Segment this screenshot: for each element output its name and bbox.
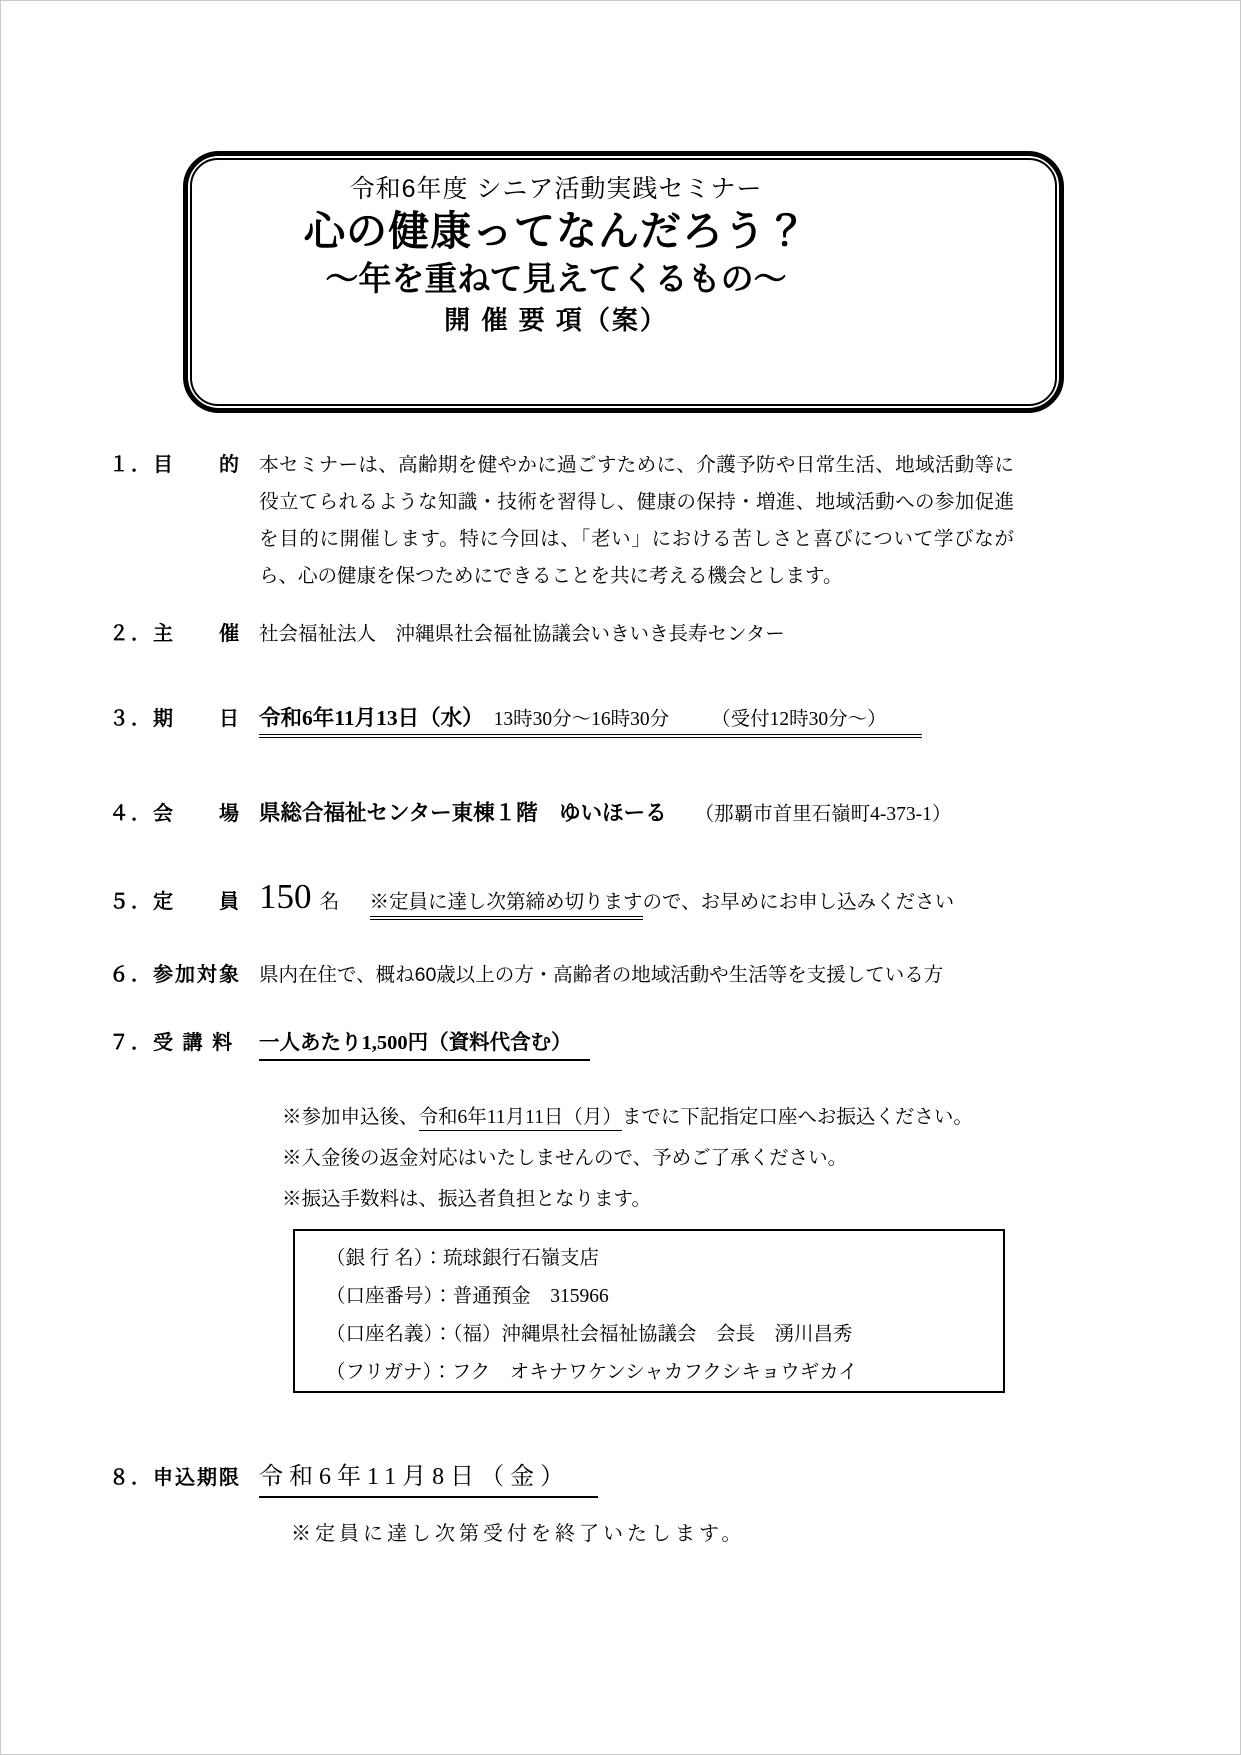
date-underlined-group: 令和6年11月13日（水）13時30分～16時30分（受付12時30分～） [259, 709, 922, 738]
capacity-warning-underlined: ※定員に達し次第締め切ります [370, 892, 643, 920]
capacity-warning-rest: ので、お早めにお申し込みください [643, 892, 955, 913]
seminar-title: 心の健康ってなんだろう？ [188, 206, 924, 256]
section-capacity: ５．定 員 150名※定員に達し次第締め切りますので、お早めにお申し込みください [109, 879, 954, 914]
seminar-subtitle: ～年を重ねて見えてくるもの～ [188, 256, 924, 302]
payment-note-fee-burden: ※振込手数料は、振込者負担となります。 [282, 1179, 973, 1220]
application-deadline: 令和6年11月8日（金） [259, 1464, 598, 1498]
organizer-label: ２．主 催 [109, 617, 259, 646]
purpose-label: １．目 的 [109, 448, 259, 477]
payment-note-no-refund: ※入金後の返金対応はいたしませんので、予めご了承ください。 [282, 1138, 973, 1179]
eligibility-body: 県内在住で、概ね60歳以上の方・高齢者の地域活動や生活等を支援している方 [259, 959, 943, 987]
header-box: 令和6年度 シニア活動実践セミナー 心の健康ってなんだろう？ ～年を重ねて見えて… [183, 151, 1064, 413]
section-organizer: ２．主 催 社会福祉法人 沖縄県社会福祉協議会いきいき長寿センター [109, 617, 785, 646]
header-fiscal-line: 令和6年度 シニア活動実践セミナー [188, 173, 924, 206]
header-box-content: 令和6年度 シニア活動実践セミナー 心の健康ってなんだろう？ ～年を重ねて見えて… [188, 156, 1059, 408]
section-date: ３．期 日 令和6年11月13日（水）13時30分～16時30分（受付12時30… [109, 701, 922, 732]
section-fee: ７．受 講 料 一人あたり1,500円（資料代含む） [109, 1025, 590, 1055]
section-eligibility: ６．参加対象 県内在住で、概ね60歳以上の方・高齢者の地域活動や生活等を支援して… [109, 958, 943, 987]
event-date: 令和6年11月13日（水） [259, 706, 484, 730]
deadline-label: ８．申込期限 [109, 1461, 259, 1490]
venue-address: （那覇市首里石嶺町4-373-1） [695, 804, 952, 825]
transfer-deadline-underlined: 令和6年11月11日（月） [419, 1107, 622, 1131]
organizer-body: 社会福祉法人 沖縄県社会福祉協議会いきいき長寿センター [259, 618, 785, 646]
furigana-line: （フリガナ）：フク オキナワケンシャカフクシキョウギカイ [326, 1354, 1003, 1392]
capacity-number: 150 [259, 877, 312, 916]
fee-amount: 一人あたり1,500円（資料代含む） [259, 1032, 590, 1061]
purpose-body: 本セミナーは、高齢期を健やかに過ごすために、介護予防や日常生活、地域活動等に役立… [259, 447, 1014, 595]
event-time: 13時30分～16時30分 [494, 709, 670, 730]
account-holder-line: （口座名義）：（福）沖縄県社会福祉協議会 会長 湧川昌秀 [326, 1316, 1003, 1354]
deadline-note: ※定員に達し次第受付を終了いたします。 [291, 1517, 745, 1546]
section-deadline: ８．申込期限 令和6年11月8日（金） [109, 1456, 598, 1491]
bank-name-line: （銀 行 名）：琉球銀行石嶺支店 [326, 1240, 1003, 1278]
payment-notes: ※参加申込後、令和6年11月11日（月）までに下記指定口座へお振込ください。 ※… [282, 1097, 973, 1220]
venue-label: ４．会 場 [109, 797, 259, 826]
document-page: 令和6年度 シニア活動実践セミナー 心の健康ってなんだろう？ ～年を重ねて見えて… [0, 0, 1241, 1755]
section-venue: ４．会 場 県総合福祉センター東棟１階 ゆいほーる（那覇市首里石嶺町4-373-… [109, 796, 951, 827]
venue-name: 県総合福祉センター東棟１階 ゆいほーる [259, 801, 667, 825]
payment-note-transfer: ※参加申込後、令和6年11月11日（月）までに下記指定口座へお振込ください。 [282, 1097, 973, 1138]
fee-label: ７．受 講 料 [109, 1026, 259, 1055]
capacity-unit: 名 [320, 891, 340, 913]
section-purpose: １．目 的 本セミナーは、高齢期を健やかに過ごすために、介護予防や日常生活、地域… [109, 447, 1014, 595]
doc-type-heading: 開 催 要 項（案） [188, 302, 924, 338]
payment-note-transfer-post: までに下記指定口座へお振込ください。 [622, 1107, 973, 1128]
account-number-line: （口座番号）：普通預金 315966 [326, 1278, 1003, 1316]
reception-time: （受付12時30分～） [711, 709, 887, 730]
date-label: ３．期 日 [109, 702, 259, 731]
eligibility-label: ６．参加対象 [109, 958, 259, 987]
bank-info-box: （銀 行 名）：琉球銀行石嶺支店 （口座番号）：普通預金 315966 （口座名… [293, 1229, 1005, 1393]
payment-note-transfer-pre: ※参加申込後、 [282, 1107, 419, 1128]
capacity-label: ５．定 員 [109, 885, 259, 914]
